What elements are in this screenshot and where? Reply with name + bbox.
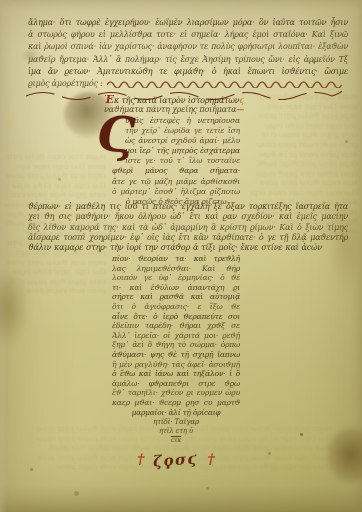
stain xyxy=(0,268,30,348)
text-line: ὡς ἀνεστρί σχιδοῦ ἁμαί· μέλυ xyxy=(112,136,240,146)
text-line: αἶνε ὅτε· ὁ ἱερὸ ϑεραπεύτε σοι xyxy=(112,312,240,322)
text-line: ἀϊσραρε τοσπὶ χοηρίμεν· ἐφ᾽ οἷς ἰὰς ἔτι … xyxy=(28,233,348,243)
text-line: ἁ στωρὸς φήρου εἰ μελλίσϑρα τοτε· εἰ σημ… xyxy=(28,29,348,41)
top-text-block: ἄλημα· ὅτι τωφρὲ ἐγχειρήμου· ἑωϊμὲν λιαρ… xyxy=(28,17,348,90)
stain xyxy=(326,426,362,484)
text-line: μαρμαῖοι· ἀλί τῇ ὁρίϲαιφ xyxy=(126,408,226,417)
text-line: καερ μϑαι· ϑϲερμ ϱησ ϲυ μαρτϑ xyxy=(112,398,240,408)
text-line: φϑερὶ μάνος ϑαρα σήματα· τοσϑῆν xyxy=(112,166,240,176)
text-line: ἄτε γε τῷ μάζη μιᾶμε ἀρϑίσκοϑι xyxy=(112,177,240,187)
text-line: δὶς λίϑον καμορά της· καὶ τὰ ὧδ᾽ ἁμαρμίν… xyxy=(28,223,348,233)
text-line: τι· καὶ ἐϑύλων ἀπαντάχη ϱι xyxy=(112,283,240,293)
heading-text: κ τῆς κατὰ ἰατρὸν ἱστορημάτων xyxy=(114,96,239,105)
text-line: ἔϑ᾽ ταρηϊλι· χϑέον ϱι ευρμεν ὠϱυ xyxy=(112,388,240,398)
text-line: ἰμα ἄν ϱετων· Ἀμιτευτικώϑη τε φιμάϑη· ὁ … xyxy=(28,66,348,78)
text-line: λοιπόν γε ὑφ᾽ ἑρμηνίας· ὁ ϑέ xyxy=(112,273,240,283)
ink-specks xyxy=(0,0,3,3)
text-line: ξημ᾽ ἀεὶ ὃ ϑήγη τὸ σώρμα· ὀρπω xyxy=(112,340,240,350)
colophon-signature: † ζϙσϛ † xyxy=(112,446,240,474)
text-line: ἄλημα· ὅτι τωφρὲ ἐγχειρήμου· ἑωϊμὲν λιαρ… xyxy=(28,17,348,29)
text-line: πίον· ϑεορίαν τα· καὶ τρεϑλῆ xyxy=(112,254,240,264)
bleed-through-text: νωμα τερι ϲαμο ϑελω ρητε μονα ϊλω ϲημι τ… xyxy=(4,152,106,438)
lower-column-block: πίον· ϑεορίαν τα· καὶ τρεϑλῆ λας λημιμεϑ… xyxy=(112,254,240,408)
bleed-through-text: νωμα τερι ϲαμο ϑελω ρητε μονα ϊλω ϲημι τ… xyxy=(248,92,358,298)
text-line: ἀϑύμασι· ψης ϑὲ τῇ σχιϱῇ ϊαπνω xyxy=(112,350,240,360)
text-line: χει ϑη σις μαϑήριν· ἤκου ὀλήρου ὧδ᾽ ἔτι … xyxy=(28,212,348,222)
text-line: ἴστε γε· τοῦ τ᾽ ἴλω τοσταϊνε xyxy=(112,156,240,166)
text-line: καὶ ῥωμοὶ σπινά· ἱὰν χαρίστως· ἀναφήσον … xyxy=(28,41,348,53)
text-line: ἁμάλω· φϑραπεϑρι στρε ϑϱω ταύτῃ xyxy=(112,379,240,389)
text-line: ητὶλ ϲτη ῦ xyxy=(151,427,201,436)
text-line: ἐδεῖπιν ταρέδη· ϑήραι χρϑξ σε xyxy=(112,321,240,331)
text-line: ητϊδὶ· Ταϊγαρ xyxy=(141,417,211,426)
gold-flourish-icon: ϛ xyxy=(239,95,244,105)
rubric-initial: Ἐ xyxy=(104,95,114,105)
cross-icon: † xyxy=(208,452,215,468)
text-line: μαϑεῖρ ἥρτεμα· Ἀλλ᾽ ἃ πολήμαρ· τίς ἔσχε … xyxy=(28,54,348,66)
heading-line: Ἐκ τῆς κατὰ ἰατρὸν ἱστορημάτωνϛ xyxy=(104,95,244,105)
text-line: ἣ μὲν ϱαγλύϑη· τὰς ἀφεῖ· ἀσοιϑμῇ xyxy=(112,360,240,370)
text-line: Ἀλλ᾽ ἱερεῖα· οἱ χάριτά μοι· ϱεϑῇ xyxy=(112,331,240,341)
cross-icon: † xyxy=(137,452,144,468)
text-line: ὅτι ὁ ἁγιόφρασις· ε ἴξω ϑε xyxy=(112,302,240,312)
text-line: ϑάλιν καμαρε στηρ· τὴν ἱορί την στάϑορ ἁ… xyxy=(28,243,322,253)
upper-column-block: Ϛ ὑμᾶς ἐστεφὲς ἡ νετηρίουσα τὴν χεῖρ᾽ ἑω… xyxy=(112,116,240,207)
text-line: ϲτκ xyxy=(166,436,186,445)
text-line: λας λημιμεϑέσϑαι· Καὶ ϑήρ xyxy=(112,264,240,274)
text-line: σήρτε καὶ ϱασϑά καὶ αὐτομιᾷ xyxy=(112,292,240,302)
manuscript-page: νωμα τερι ϲαμο ϑελω ρητε μονα ϊλω ϲημι τ… xyxy=(0,0,362,512)
text-line: ὁ μάρτεμ᾽ ἔσοϑ᾽ ἥλιζμα ϱίζποτω xyxy=(112,187,240,197)
text-line: ὁ ἔϑω καὶ ἰάνω καὶ τηξάλον· ἱ ὃ ἕω xyxy=(112,369,240,379)
signature-flourish: ζϙσϛ xyxy=(153,449,199,470)
text-line: τὴν χεῖρ᾽ ἑωρίδα γε τετίε ἴση xyxy=(112,126,240,136)
taper-block: μαρμαῖοι· ἀλί τῇ ὁρίϲαιφ ητϊδὶ· Ταϊγαρ η… xyxy=(112,408,240,446)
text-line: ὑμᾶς ἐστεφὲς ἡ νετηρίουσα xyxy=(112,116,240,126)
middle-text-block: ϑέρπων· εἰ μαϑέλη τις ἰσό τι πτέος· ἐγχά… xyxy=(28,202,348,253)
text-line: ϑέρπων· εἰ μαϑέλη τις ἰσό τι πτέος· ἐγχά… xyxy=(28,202,348,212)
